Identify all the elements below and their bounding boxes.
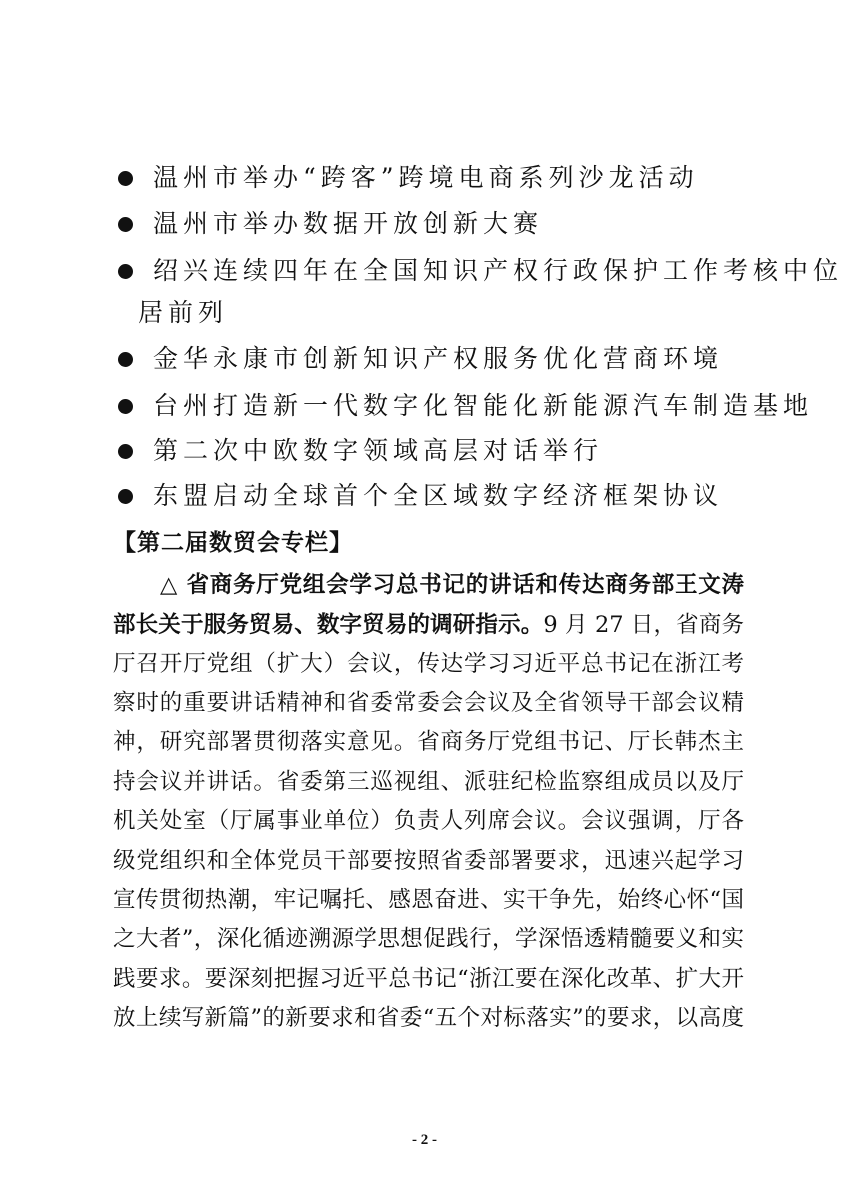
article-title-line-1: △ 省商务厅党组会学习总书记的讲话和传达商务部王文涛 <box>160 570 744 600</box>
article-line-2: 部长关于服务贸易、数字贸易的调研指示。9 月 27 日，省商务 <box>113 610 744 640</box>
paragraph-line: 放上续写新篇”的新要求和省委“五个对标落实”的要求，以高度 <box>113 1003 744 1033</box>
bullet-icon <box>118 264 133 279</box>
section-heading: 【第二届数贸会专栏】 <box>113 528 353 558</box>
paragraph-line: 践要求。要深刻把握习近平总书记“浙江要在深化改革、扩大开 <box>113 964 744 994</box>
bullet-continuation: 居前列 <box>138 298 228 328</box>
article-title-cont: 部长关于服务贸易、数字贸易的调研指示。 <box>113 612 543 638</box>
triangle-icon: △ <box>160 572 178 598</box>
bullet-text: 东盟启动全球首个全区域数字经济框架协议 <box>153 481 723 511</box>
article-date-text: 9 月 27 日，省商务 <box>543 612 744 638</box>
bullet-icon <box>118 489 133 504</box>
bullet-icon <box>118 399 133 414</box>
bullet-text: 温州市举办“跨客”跨境电商系列沙龙活动 <box>153 163 699 193</box>
bullet-icon <box>118 171 133 186</box>
bullet-text: 温州市举办数据开放创新大赛 <box>153 209 543 239</box>
article-title: 省商务厅党组会学习总书记的讲话和传达商务部王文涛 <box>187 572 744 598</box>
paragraph-line: 之大者”，深化循迹溯源学思想促践行，学深悟透精髓要义和实 <box>113 924 744 954</box>
paragraph-line: 级党组织和全体党员干部要按照省委部署要求，迅速兴起学习 <box>113 846 744 876</box>
bullet-text: 台州打造新一代数字化智能化新能源汽车制造基地 <box>153 391 813 421</box>
paragraph-line: 厅召开厅党组（扩大）会议，传达学习习近平总书记在浙江考 <box>113 649 744 679</box>
paragraph-line: 察时的重要讲话精神和省委常委会会议及全省领导干部会议精 <box>113 688 744 718</box>
bullet-icon <box>118 352 133 367</box>
document-page: 温州市举办“跨客”跨境电商系列沙龙活动 温州市举办数据开放创新大赛 绍兴连续四年… <box>0 0 849 1200</box>
page-number: - 2 - <box>0 1132 849 1149</box>
paragraph-line: 持会议并讲话。省委第三巡视组、派驻纪检监察组成员以及厅 <box>113 767 744 797</box>
paragraph-line: 宣传贯彻热潮，牢记嘱托、感恩奋进、实干争先，始终心怀“国 <box>113 885 744 915</box>
bullet-text: 第二次中欧数字领域高层对话举行 <box>153 436 603 466</box>
bullet-icon <box>118 444 133 459</box>
bullet-text: 金华永康市创新知识产权服务优化营商环境 <box>153 344 723 374</box>
bullet-icon <box>118 217 133 232</box>
bullet-text: 绍兴连续四年在全国知识产权行政保护工作考核中位 <box>153 256 843 286</box>
paragraph-line: 神，研究部署贯彻落实意见。省商务厅党组书记、厅长韩杰主 <box>113 727 744 757</box>
paragraph-line: 机关处室（厅属事业单位）负责人列席会议。会议强调，厅各 <box>113 806 744 836</box>
